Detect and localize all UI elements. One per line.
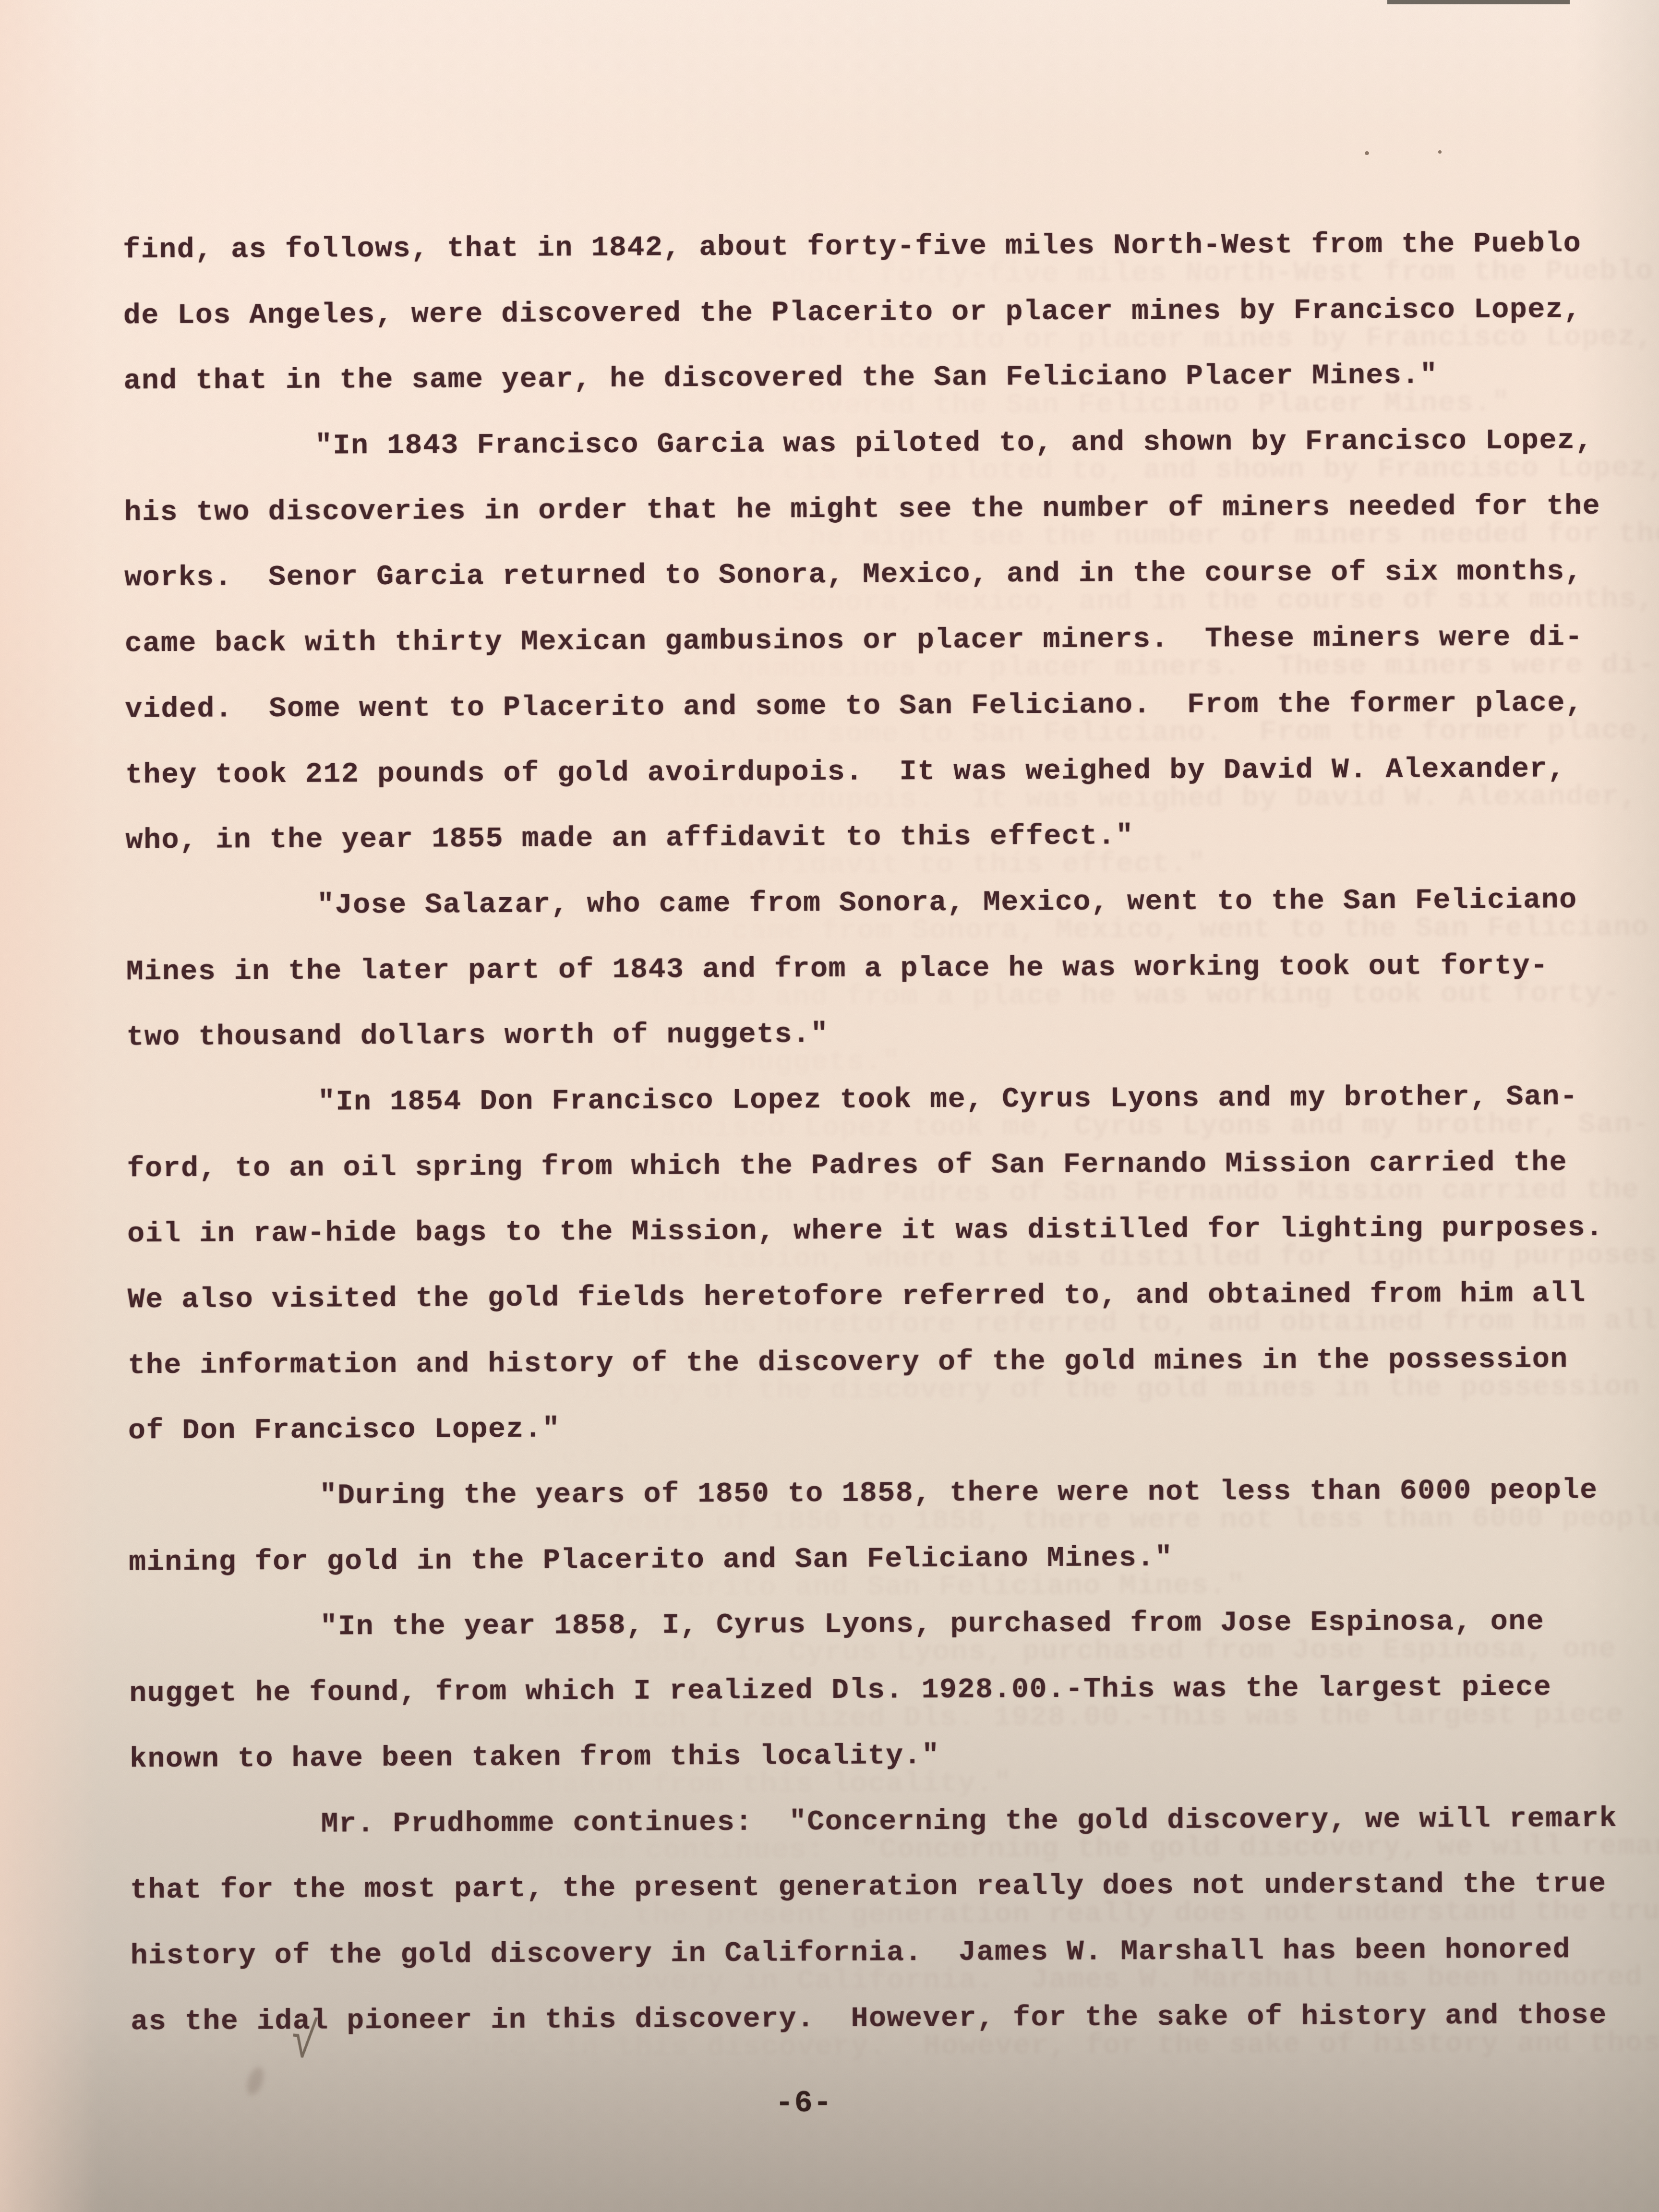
text-line: "Jose Salazar, who came from Sonora, Mex… [126, 867, 1643, 939]
text-line: vided. Some went to Placerito and some t… [125, 670, 1642, 742]
text-line: ford, to an oil spring from which the Pa… [127, 1130, 1644, 1202]
text-line: Mines in the later part of 1843 and from… [126, 933, 1643, 1005]
text-line: "In 1843 Francisco Garcia was piloted to… [124, 408, 1641, 480]
text-line: mining for gold in the Placerito and San… [129, 1523, 1646, 1595]
text-line: "During the years of 1850 to 1858, there… [128, 1458, 1646, 1530]
text-line: works. Senor Garcia returned to Sonora, … [124, 539, 1642, 611]
typed-content-layer: find, as follows, that in 1842, about fo… [0, 0, 1659, 2212]
text-line: "In 1854 Don Francisco Lopez took me, Cy… [127, 1064, 1644, 1136]
scanned-page: find, as follows, that in 1842, about fo… [0, 0, 1659, 2212]
text-line: nugget he found, from which I realized D… [129, 1655, 1647, 1727]
text-block: find, as follows, that in 1842, about fo… [123, 211, 1648, 2055]
text-line: his two discoveries in order that he mig… [124, 473, 1641, 545]
text-line: Mr. Prudhomme continues: "Concerning the… [130, 1786, 1647, 1858]
text-line: and that in the same year, he discovered… [123, 342, 1641, 414]
text-line: oil in raw-hide bags to the Mission, whe… [127, 1195, 1645, 1267]
text-line: came back with thirty Mexican gambusinos… [124, 605, 1642, 677]
text-line: We also visited the gold fields heretofo… [127, 1261, 1645, 1333]
text-line: "In the year 1858, I, Cyrus Lyons, purch… [129, 1589, 1646, 1661]
text-line: who, in the year 1855 made an affidavit … [125, 802, 1643, 874]
page-number: -6- [775, 2086, 833, 2121]
text-line: de Los Angeles, were discovered the Plac… [123, 276, 1641, 349]
text-line: history of the gold discovery in Califor… [130, 1917, 1647, 1989]
text-line: as the idal pioneer in this discovery. H… [131, 1983, 1648, 2055]
text-line: of Don Francisco Lopez." [128, 1392, 1646, 1464]
text-line: known to have been taken from this local… [130, 1720, 1647, 1792]
text-line: find, as follows, that in 1842, about fo… [123, 211, 1640, 283]
text-line: that for the most part, the present gene… [130, 1851, 1647, 1923]
text-line: two thousand dollars worth of nuggets." [126, 998, 1644, 1070]
text-line: the information and history of the disco… [128, 1326, 1645, 1398]
text-line: they took 212 pounds of gold avoirdupois… [125, 736, 1643, 808]
